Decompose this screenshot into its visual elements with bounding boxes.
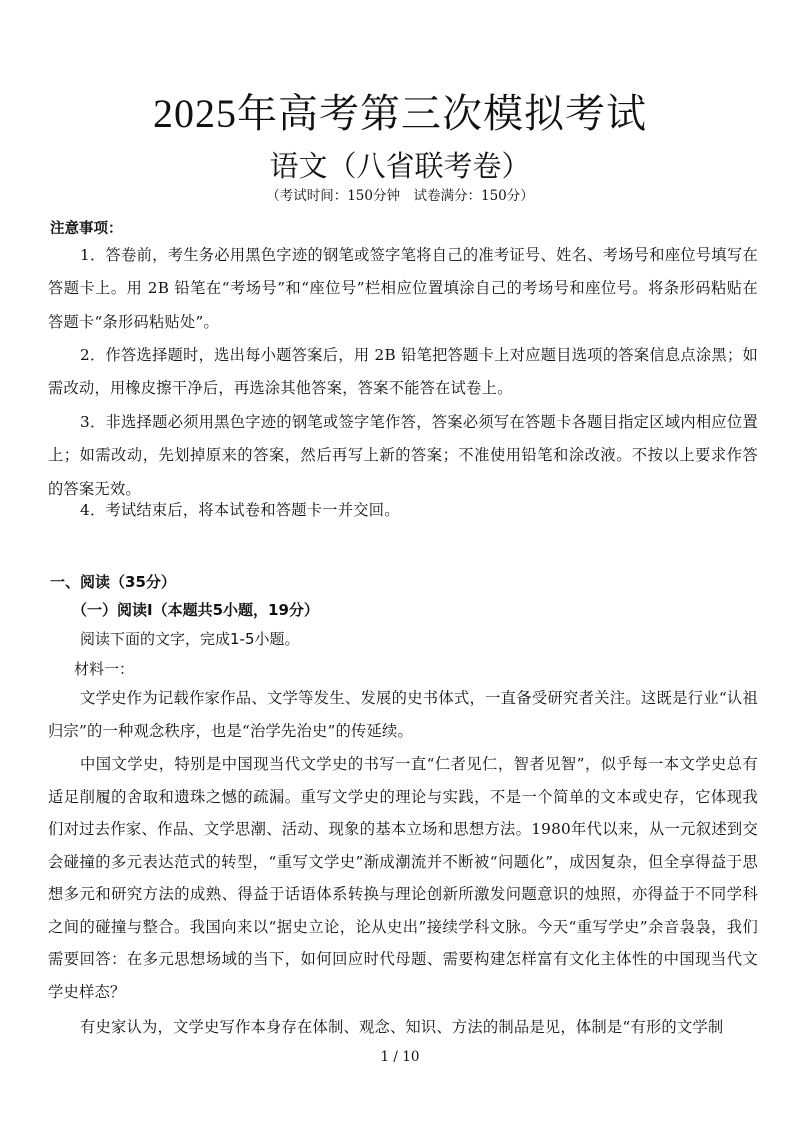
page-indicator: 1 / 10 xyxy=(0,1049,800,1065)
notice-heading: 注意事项： xyxy=(50,217,123,238)
notice-item-4: 4．考试结束后，将本试卷和答题卡一并交回。 xyxy=(48,494,758,527)
exam-meta: （考试时间：150分钟 试卷满分：150分） xyxy=(0,186,800,206)
exam-subtitle: 语文（八省联考卷） xyxy=(0,146,800,186)
notice-item-3: 3．非选择题必须用黑色字迹的钢笔或签字笔作答，答案必须写在答题卡各题目指定区域内… xyxy=(48,406,758,506)
exam-title: 2025年高考第三次模拟考试 xyxy=(0,86,800,142)
notice-item-2: 2．作答选择题时，选出每小题答案后，用 2B 铅笔把答题卡上对应题目选项的答案信… xyxy=(48,339,758,406)
exam-page: 2025年高考第三次模拟考试 语文（八省联考卷） （考试时间：150分钟 试卷满… xyxy=(0,0,800,1131)
material-label: 材料一： xyxy=(74,658,134,679)
section-heading: 一、阅读（35分） xyxy=(50,571,176,592)
notice-item-1: 1．答卷前，考生务必用黑色字迹的钢笔或签字笔将自己的准考证号、姓名、考场号和座位… xyxy=(48,239,758,339)
reading-instruction: 阅读下面的文字，完成1-5小题。 xyxy=(80,628,300,649)
section-subheading: （一）阅读Ⅰ（本题共5小题，19分） xyxy=(72,599,319,620)
passage-paragraph-3: 有史家认为，文学史写作本身存在体制、观念、知识、方法的制品是见，体制是“有形的文… xyxy=(48,1011,758,1044)
passage-paragraph-1: 文学史作为记载作家作品、文学等发生、发展的史书体式，一直备受研究者关注。这既是行… xyxy=(48,682,758,747)
passage-paragraph-2: 中国文学史，特别是中国现当代文学史的书写一直“仁者见仁，智者见智”，似乎每一本文… xyxy=(48,748,758,1008)
